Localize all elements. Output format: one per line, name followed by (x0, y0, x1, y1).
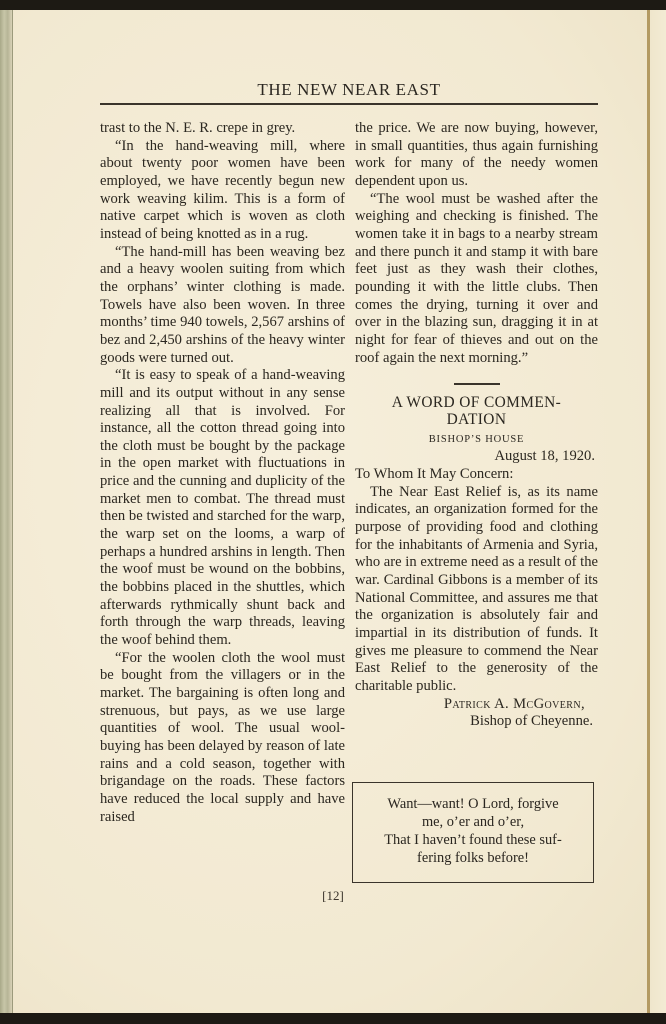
section-divider (454, 383, 500, 385)
signature-title: Bishop of Cheyenne. (355, 713, 598, 731)
poem-line: Want—want! O Lord, forgive (353, 795, 593, 813)
poem-line: me, o’er and o’er, (353, 813, 593, 831)
left-column: trast to the N. E. R. crepe in grey. “In… (100, 120, 345, 826)
letter-date: August 18, 1920. (355, 448, 598, 466)
letter-signature: Patrick A. McGovern, Bishop of Cheyenne. (355, 696, 598, 731)
next-page-strip (650, 10, 666, 1013)
right-column: the price. We are now buying, however, i… (355, 120, 598, 731)
paragraph: the price. We are now buying, however, i… (355, 120, 598, 191)
letter-location: BISHOP’S HOUSE (355, 431, 598, 449)
paragraph: “For the woolen cloth the wool must be b… (100, 650, 345, 827)
poem-line: fering folks before! (353, 849, 593, 867)
paragraph: “The hand-mill has been weaving bez and … (100, 244, 345, 368)
section-title-line-1: A WORD OF COMMEN- (355, 394, 598, 412)
paragraph: trast to the N. E. R. crepe in grey. (100, 120, 345, 138)
letter-body: The Near East Relief is, as its name ind… (355, 484, 598, 696)
section-title: A WORD OF COMMEN- DATION (355, 394, 598, 429)
letter-salutation: To Whom It May Concern: (355, 466, 598, 484)
signature-name: Patrick A. McGovern, (355, 696, 598, 714)
poem-box: Want—want! O Lord, forgive me, o’er and … (352, 782, 594, 883)
poem-line: That I haven’t found these suf- (353, 831, 593, 849)
paragraph: “The wool must be washed after the weigh… (355, 191, 598, 368)
page-number: [12] (0, 888, 666, 904)
paragraph: “It is easy to speak of a hand-weaving m… (100, 367, 345, 650)
book-binding-edge (0, 10, 13, 1013)
section-title-line-2: DATION (355, 411, 598, 429)
paragraph: “In the hand-weaving mill, where about t… (100, 138, 345, 244)
running-head: THE NEW NEAR EAST (100, 80, 598, 100)
header-rule (100, 103, 598, 105)
